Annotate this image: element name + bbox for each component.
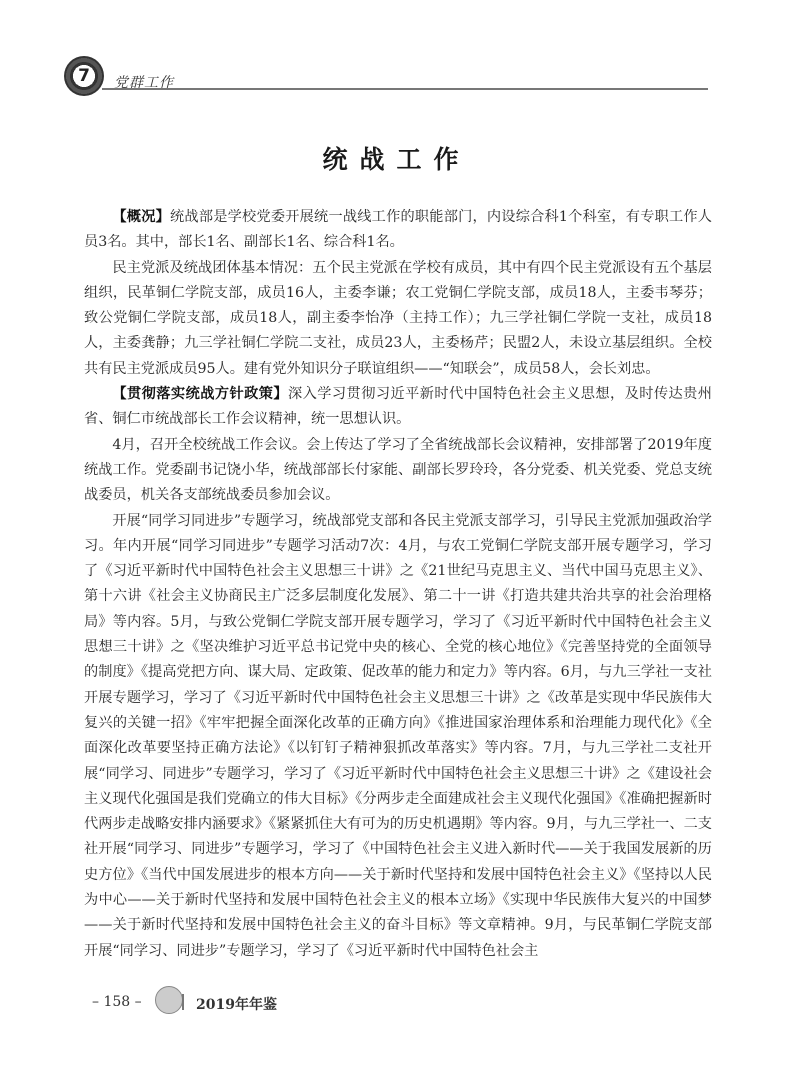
paragraph-lead: 【概况】 bbox=[112, 209, 170, 225]
paragraph-overview: 【概况】统战部是学校党委开展统一战线工作的职能部门，内设综合科1个科室，有专职工… bbox=[84, 205, 712, 256]
paragraph-text: 民主党派及统战团体基本情况：五个民主党派在学校有成员，其中有四个民主党派设有五个… bbox=[84, 260, 712, 377]
header-divider bbox=[102, 88, 708, 90]
paragraph-lead: 【贯彻落实统战方针政策】 bbox=[112, 386, 288, 402]
paragraph-text: 开展“同学习同进步”专题学习，统战部党支部和各民主党派支部学习，引导民主党派加强… bbox=[84, 513, 712, 959]
figure-icon bbox=[182, 994, 192, 1010]
university-logo-icon: 7 bbox=[64, 56, 104, 96]
page-header: 7 党群工作 bbox=[64, 56, 714, 96]
paragraph-text: 统战部是学校党委开展统一战线工作的职能部门，内设综合科1个科室，有专职工作人员3… bbox=[84, 209, 712, 250]
page-number: – 158 – bbox=[92, 994, 142, 1010]
mascot-icon bbox=[155, 986, 183, 1014]
logo-label: 7 bbox=[75, 66, 93, 86]
paragraph-study-activities: 开展“同学习同进步”专题学习，统战部党支部和各民主党派支部学习，引导民主党派加强… bbox=[84, 509, 712, 964]
paragraph-april-meeting: 4月，召开全校统战工作会议。会上传达了学习了全省统战部长会议精神，安排部署了20… bbox=[84, 433, 712, 509]
paragraph-text: 4月，召开全校统战工作会议。会上传达了学习了全省统战部长会议精神，安排部署了20… bbox=[84, 437, 712, 504]
publication-name: 2019年年鉴 bbox=[196, 994, 277, 1014]
article-body: 【概况】统战部是学校党委开展统一战线工作的职能部门，内设综合科1个科室，有专职工… bbox=[84, 205, 712, 964]
page-title: 统战工作 bbox=[0, 140, 793, 176]
paragraph-parties: 民主党派及统战团体基本情况：五个民主党派在学校有成员，其中有四个民主党派设有五个… bbox=[84, 256, 712, 382]
paragraph-policy: 【贯彻落实统战方针政策】深入学习贯彻习近平新时代中国特色社会主义思想，及时传达贵… bbox=[84, 382, 712, 433]
